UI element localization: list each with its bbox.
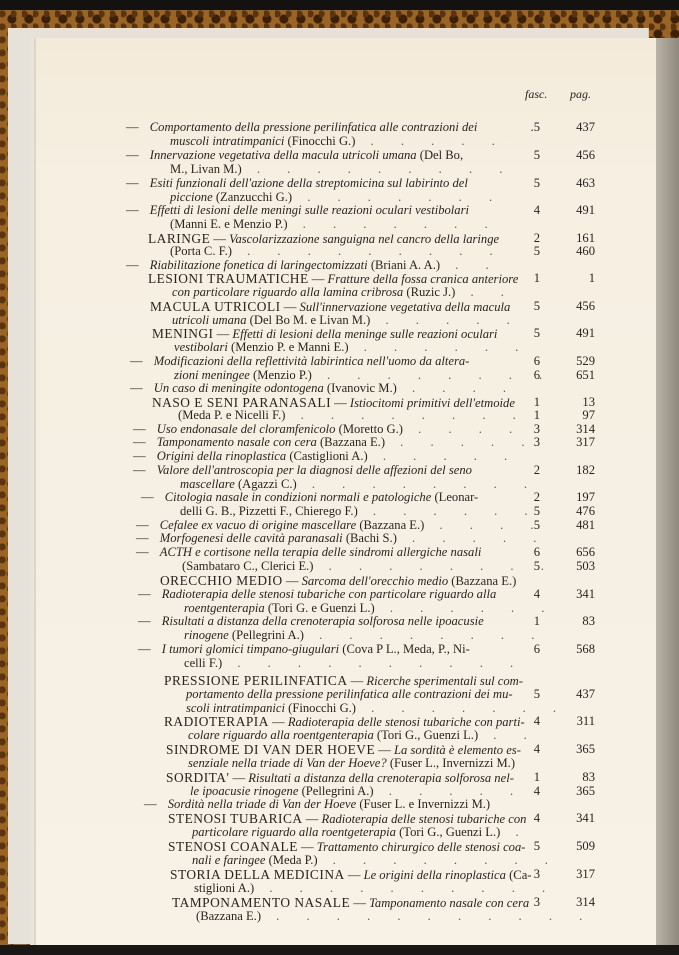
fasc-number: 1 (520, 615, 540, 628)
index-line: (Meda P. e Nicelli F.) . . . . . . . . (178, 409, 528, 422)
index-line: vestibolari (Menzio P. e Manni E.) . . .… (174, 341, 530, 354)
page-number: 437 (565, 121, 595, 134)
entry-authors: (Bazzana E.) (448, 574, 516, 588)
entry-title: (Meda P. e Nicelli F.) (178, 408, 285, 422)
fasc-number: 4 (520, 812, 540, 825)
em-dash: — (133, 449, 149, 463)
entry-title: Sull'innervazione vegetativa della macul… (300, 300, 511, 314)
entry-authors: (Bachi S.) (343, 531, 397, 545)
em-dash: — (126, 258, 142, 272)
entry-authors: (Tori G., Guenzi L.) (374, 728, 478, 742)
entry-title: Trattamento chirurgico delle stenosi coa… (317, 840, 526, 854)
entry-title: (Sambataro C., Clerici E.) (182, 559, 314, 573)
fasc-number: 5 (520, 840, 540, 853)
fasc-number: 4 (520, 588, 540, 601)
entry-title: Tamponamento nasale con cera (157, 435, 317, 449)
entry-title: Effetti di lesioni delle meningi sulle r… (150, 203, 469, 217)
index-line: stiglioni A.) . . . . . . . . . . (194, 882, 557, 895)
leader-dots: . . . . . . . . . . (254, 881, 557, 895)
leader-dots: . . . . . . . . (297, 477, 539, 491)
fasc-number: 1 (520, 409, 540, 422)
index-line: MACULA UTRICOLI — Sull'innervazione vege… (150, 300, 510, 314)
index-line: — Un caso di meningite odontogena (Ivano… (130, 382, 518, 395)
em-dash: — (130, 381, 146, 395)
entry-title: Sarcoma dell'orecchio medio (302, 574, 449, 588)
index-line: — Comportamento della pressione perilinf… (126, 121, 477, 134)
entry-title: La sordità è elemento es- (394, 743, 521, 757)
entry-authors: (Fuser L. e Invernizzi M.) (356, 797, 490, 811)
leader-dots: . . . . . . (375, 601, 557, 615)
index-line: (Bazzana E.) . . . . . . . . . . . (196, 910, 594, 923)
leader-dots: . . . . . . . . (318, 853, 560, 867)
page-number: 97 (565, 409, 595, 422)
index-line: — Effetti di lesioni delle meningi sulle… (126, 204, 469, 217)
index-heading: SORDITA' (166, 770, 229, 785)
index-line: PRESSIONE PERILINFATICA — Ricerche speri… (164, 674, 523, 688)
entry-title: portamento della pressione perilinfatica… (186, 687, 513, 701)
entry-title: Radioterapia delle stenosi tubariche con… (162, 587, 497, 601)
fasc-number: 4 (520, 743, 540, 756)
page-number: 460 (565, 245, 595, 258)
leader-dots: . . . . . (397, 531, 548, 545)
index-line: SORDITA' — Risultati a distanza della cr… (166, 771, 514, 785)
page-number: 365 (565, 785, 595, 798)
fasc-number: 4 (520, 204, 540, 217)
entry-title: ACTH e cortisone nella terapia delle sin… (160, 545, 482, 559)
entry-authors: (Briani A. A.) (368, 258, 440, 272)
fasc-number: 5 (520, 300, 540, 313)
index-heading: ORECCHIO MEDIO (160, 573, 283, 588)
leader-dots: . . . . . (385, 435, 536, 449)
entry-title: Risultati a distanza della crenoterapia … (162, 614, 484, 628)
heading-separator: — (350, 896, 369, 910)
index-line: — Valore dell'antroscopia per la diagnos… (133, 464, 472, 477)
leader-dots: . . . . . (374, 784, 525, 798)
fasc-number: 5 (520, 177, 540, 190)
leader-dots: . . . . . (370, 313, 521, 327)
em-dash: — (138, 642, 154, 656)
index-line: — Sordità nella triade di Van der Hoeve … (144, 798, 490, 811)
entry-title: utricoli umana (172, 313, 247, 327)
em-dash: — (138, 587, 154, 601)
fasc-header: fasc. (525, 87, 547, 102)
entry-title: celli F.) (184, 656, 222, 670)
index-line: — Morfogenesi delle cavità paranasali (B… (136, 532, 548, 545)
em-dash: — (130, 354, 146, 368)
index-line: — Innervazione vegetativa della macula u… (126, 149, 463, 162)
page-number: 503 (565, 560, 595, 573)
entry-title: Cefalee ex vacuo di origine mascellare (160, 518, 356, 532)
page-number: 341 (565, 812, 595, 825)
fasc-number: 6 (520, 546, 540, 559)
index-line: LESIONI TRAUMATICHE — Fratture della fos… (148, 272, 518, 286)
heading-separator: — (214, 327, 233, 341)
entry-title: Citologia nasale in condizioni normali e… (165, 490, 432, 504)
leader-dots: . . (478, 728, 539, 742)
index-heading: STENOSI TUBARICA (168, 811, 303, 826)
em-dash: — (144, 797, 160, 811)
entry-authors: (Pellegrini A.) (298, 784, 373, 798)
heading-separator: — (281, 300, 300, 314)
leader-dots: . . . . . . . . (312, 368, 554, 382)
entry-authors: (Bazzana E.) (356, 518, 424, 532)
em-dash: — (126, 176, 142, 190)
index-line: — Risultati a distanza della crenoterapi… (138, 615, 484, 628)
index-line: TAMPONAMENTO NASALE — Tamponamento nasal… (172, 896, 529, 910)
fasc-number: 1 (520, 272, 540, 285)
index-line: — Tamponamento nasale con cera (Bazzana … (133, 436, 537, 449)
em-dash: — (126, 120, 142, 134)
index-line: (Porta C. F.) . . . . . . . . . (170, 245, 505, 258)
entry-authors: (Castiglioni A.) (286, 449, 368, 463)
entry-title: stiglioni A.) (194, 881, 254, 895)
page-number: 656 (565, 546, 595, 559)
page-number: 491 (565, 204, 595, 217)
leader-dots: . . . . (403, 422, 524, 436)
fasc-number: .5 (520, 121, 540, 134)
entry-title: Valore dell'antroscopia per la diagnosi … (157, 463, 472, 477)
fasc-number: 5 (520, 688, 540, 701)
fasc-number: 3 (520, 436, 540, 449)
index-line: celli F.) . . . . . . . . . . (184, 657, 525, 670)
heading-separator: — (283, 574, 302, 588)
entry-title: Radioterapia delle stenosi tubariche con (322, 812, 527, 826)
entry-title: Modificazioni della reflettività labirin… (154, 354, 470, 368)
em-dash: — (138, 614, 154, 628)
entry-title: Tamponamento nasale con cera (369, 896, 529, 910)
entry-title: scoli intratimpanici (186, 701, 285, 715)
index-line: con particolare riguardo alla lamina cri… (172, 286, 516, 299)
entry-title: Esiti funzionali dell'azione della strep… (150, 176, 468, 190)
entry-authors: (Finocchi G.) (284, 134, 355, 148)
em-dash: — (141, 490, 157, 504)
fasc-number: 4 (520, 785, 540, 798)
index-line: muscoli intratimpanici (Finocchi G.) . .… (170, 135, 507, 148)
index-line: — Radioterapia delle stenosi tubariche c… (138, 588, 496, 601)
entry-title: le ipoacusie rinogene (190, 784, 298, 798)
page-number: 509 (565, 840, 595, 853)
entry-authors: (Menzio P.) (250, 368, 312, 382)
leader-dots: . (500, 825, 530, 839)
entry-authors: (Meda P.) (265, 853, 317, 867)
page-number: 456 (565, 300, 595, 313)
index-line: M., Livan M.) . . . . . . . . . (170, 163, 514, 176)
page-number: 1 (565, 272, 595, 285)
heading-separator: — (303, 812, 322, 826)
page-number: 311 (565, 715, 595, 728)
leader-dots: . . (440, 258, 501, 272)
index-line: (Manni E. e Menzio P.) . . . . . . . (170, 218, 500, 231)
index-line: — Esiti funzionali dell'azione della str… (126, 177, 468, 190)
em-dash: — (126, 203, 142, 217)
entry-authors: (Fuser L., Invernizzi M.) (387, 756, 515, 770)
entry-title: Fratture della fossa cranica anteriore (328, 272, 519, 286)
leader-dots: . . . . . . . . (304, 628, 546, 642)
heading-separator: — (298, 840, 317, 854)
heading-separator: — (309, 272, 328, 286)
leader-dots: . . . . (397, 381, 518, 395)
leader-dots: . . . . . . . . (285, 408, 527, 422)
entry-authors: (Cova P L., Meda, P., Ni- (339, 642, 470, 656)
index-line: — Origini della rinoplastica (Castiglion… (133, 450, 519, 463)
page-number: 83 (565, 771, 595, 784)
fasc-number: 6 (520, 355, 540, 368)
entry-authors: (Ivanovic M.) (324, 381, 397, 395)
index-heading: LESIONI TRAUMATICHE (148, 271, 309, 286)
entry-title: colare riguardo alla roentgenterapia (188, 728, 374, 742)
index-heading: MENINGI (152, 326, 214, 341)
page-edge-shadow (656, 38, 679, 945)
background-bottom-edge (0, 945, 679, 955)
leader-dots: . . . . . . (349, 340, 531, 354)
leader-dots: . . . . . . . (292, 190, 504, 204)
page-number: 568 (565, 643, 595, 656)
fasc-number: 6 (520, 369, 540, 382)
index-line: delli G. B., Pizzetti F., Chierego F.) .… (180, 505, 540, 518)
index-line: — Modificazioni della reflettività labir… (130, 355, 469, 368)
index-heading: STORIA DELLA MEDICINA (170, 867, 345, 882)
entry-title: Origini della rinoplastica (157, 449, 286, 463)
entry-title: Morfogenesi delle cavità paranasali (160, 531, 343, 545)
entry-authors: (Agazzi C.) (235, 477, 297, 491)
index-heading: TAMPONAMENTO NASALE (172, 895, 350, 910)
em-dash: — (133, 463, 149, 477)
fasc-number: 1 (520, 771, 540, 784)
index-line: colare riguardo alla roentgenterapia (To… (188, 729, 539, 742)
fasc-number: 2 (520, 491, 540, 504)
entry-authors: (Tori G., Guenzi L.) (396, 825, 500, 839)
leader-dots: . . (455, 285, 516, 299)
index-line: rinogene (Pellegrini A.) . . . . . . . . (184, 629, 546, 642)
index-heading: PRESSIONE PERILINFATICA (164, 673, 347, 688)
page-number: 365 (565, 743, 595, 756)
entry-title: mascellare (180, 477, 235, 491)
entry-title: nali e faringee (192, 853, 265, 867)
entry-authors: (Del Bo M. e Livan M.) (247, 313, 371, 327)
leader-dots: . . . . . (368, 449, 519, 463)
leader-dots: . . . . . . (358, 504, 540, 518)
heading-separator: — (375, 743, 394, 757)
page-number: 491 (565, 327, 595, 340)
leader-dots: . . . . . . . . . (242, 162, 515, 176)
fasc-number: 4 (520, 715, 540, 728)
page-number: 317 (565, 436, 595, 449)
index-line: portamento della pressione perilinfatica… (186, 688, 513, 701)
page-number: 529 (565, 355, 595, 368)
entry-title: zioni meningee (174, 368, 250, 382)
page-number: 314 (565, 896, 595, 909)
fasc-number: 5 (520, 245, 540, 258)
entry-title: Effetti di lesioni della meninge sulle r… (232, 327, 497, 341)
index-line: STORIA DELLA MEDICINA — Le origini della… (170, 868, 531, 882)
fasc-number: 5 (520, 505, 540, 518)
fasc-number: 2 (520, 464, 540, 477)
entry-authors: (Leonar- (431, 490, 478, 504)
em-dash: — (136, 531, 152, 545)
index-line: (Sambataro C., Clerici E.) . . . . . . .… (182, 560, 556, 573)
entry-authors: (Del Bo, (417, 148, 464, 162)
entry-title: muscoli intratimpanici (170, 134, 284, 148)
index-line: — Citologia nasale in condizioni normali… (141, 491, 478, 504)
entry-authors: (Moretto G.) (335, 422, 403, 436)
leader-dots: . . . . . . . . . . (222, 656, 525, 670)
entry-title: Le origini della rinoplastica (364, 868, 506, 882)
leader-dots: . . . . . . . (356, 701, 568, 715)
index-line: RADIOTERAPIA — Radioterapia delle stenos… (164, 715, 525, 729)
heading-separator: — (229, 771, 248, 785)
fasc-number: 5 (520, 327, 540, 340)
page-number: 182 (565, 464, 595, 477)
page-number: 481 (565, 519, 595, 532)
entry-title: Sordità nella triade di Van der Hoeve (168, 797, 356, 811)
pag-header: pag. (570, 87, 591, 102)
index-line: SINDROME DI VAN DER HOEVE — La sordità è… (166, 743, 521, 757)
page-number: 83 (565, 615, 595, 628)
index-line: STENOSI TUBARICA — Radioterapia delle st… (168, 812, 526, 826)
entry-authors: (Pellegrini A.) (229, 628, 304, 642)
page-number: 476 (565, 505, 595, 518)
entry-title: (Porta C. F.) (170, 244, 232, 258)
fasc-number: 3 (520, 896, 540, 909)
entry-title: Ricerche sperimentali sul com- (366, 674, 523, 688)
entry-title: Risultati a distanza della crenoterapia … (248, 771, 514, 785)
entry-title: (Bazzana E.) (196, 909, 261, 923)
index-heading: RADIOTERAPIA (164, 714, 269, 729)
leader-dots: . . . . . . . . . . . (261, 909, 594, 923)
index-line: ORECCHIO MEDIO — Sarcoma dell'orecchio m… (160, 574, 516, 588)
page-number: 317 (565, 868, 595, 881)
index-line: — ACTH e cortisone nella terapia delle s… (136, 546, 481, 559)
heading-separator: — (347, 674, 366, 688)
index-heading: MACULA UTRICOLI (150, 299, 281, 314)
entry-title: vestibolari (174, 340, 228, 354)
fasc-number: 3 (520, 868, 540, 881)
index-line: particolare riguardo alla roentgeterapia… (192, 826, 531, 839)
heading-separator: — (345, 868, 364, 882)
entry-authors: (Finocchi G.) (285, 701, 356, 715)
em-dash: — (136, 518, 152, 532)
index-heading: STENOSI COANALE (168, 839, 298, 854)
fasc-number: 6 (520, 643, 540, 656)
em-dash: — (126, 148, 142, 162)
index-line: — I tumori glomici timpano-giugulari (Co… (138, 643, 470, 656)
index-line: nali e faringee (Meda P.) . . . . . . . … (192, 854, 560, 867)
entry-title: con particolare riguardo alla lamina cri… (172, 285, 403, 299)
leader-dots: . . . . . . . (288, 217, 500, 231)
entry-title: senziale nella triade di Van der Hoeve? (188, 756, 387, 770)
entry-title: rinogene (184, 628, 229, 642)
fasc-number: 5 (520, 149, 540, 162)
page-number: 651 (565, 369, 595, 382)
entry-authors: (Zanzucchi G.) (213, 190, 292, 204)
index-line: utricoli umana (Del Bo M. e Livan M.) . … (172, 314, 522, 327)
entry-title: Un caso di meningite odontogena (154, 381, 324, 395)
heading-separator: — (269, 715, 288, 729)
em-dash: — (133, 435, 149, 449)
entry-title: Innervazione vegetativa della macula utr… (150, 148, 417, 162)
page-number: 456 (565, 149, 595, 162)
fasc-number: 5 (520, 560, 540, 573)
page-number: 197 (565, 491, 595, 504)
page-number: 437 (565, 688, 595, 701)
entry-title: delli G. B., Pizzetti F., Chierego F.) (180, 504, 358, 518)
em-dash: — (133, 422, 149, 436)
entry-title: Uso endonasale del cloramfenicolo (157, 422, 336, 436)
entry-authors: (Ruzic J.) (403, 285, 455, 299)
entry-title: particolare riguardo alla roentgeterapia (192, 825, 396, 839)
leader-dots: . . . . . (355, 134, 506, 148)
page-number: 341 (565, 588, 595, 601)
leader-dots: . . . . . . . . . (232, 244, 505, 258)
entry-authors: (Menzio P. e Manni E.) (228, 340, 349, 354)
entry-authors: (Bazzana E.) (317, 435, 385, 449)
entry-title: roentgenterapia (184, 601, 265, 615)
entry-authors: (Tori G. e Guenzi L.) (265, 601, 375, 615)
entry-title: M., Livan M.) (170, 162, 242, 176)
index-line: STENOSI COANALE — Trattamento chirurgico… (168, 840, 525, 854)
entry-title: Riabilitazione fonetica di laringectomiz… (150, 258, 368, 272)
index-line: MENINGI — Effetti di lesioni della menin… (152, 327, 497, 341)
index-line: senziale nella triade di Van der Hoeve? … (188, 757, 515, 770)
index-heading: SINDROME DI VAN DER HOEVE (166, 742, 375, 757)
page-number: 463 (565, 177, 595, 190)
entry-title: I tumori glomici timpano-giugulari (162, 642, 339, 656)
entry-title: Radioterapia delle stenosi tubariche con… (288, 715, 525, 729)
entry-title: (Manni E. e Menzio P.) (170, 217, 288, 231)
entry-title: Comportamento della pressione perilinfat… (150, 120, 478, 134)
em-dash: — (136, 545, 152, 559)
entry-title: piccione (170, 190, 213, 204)
